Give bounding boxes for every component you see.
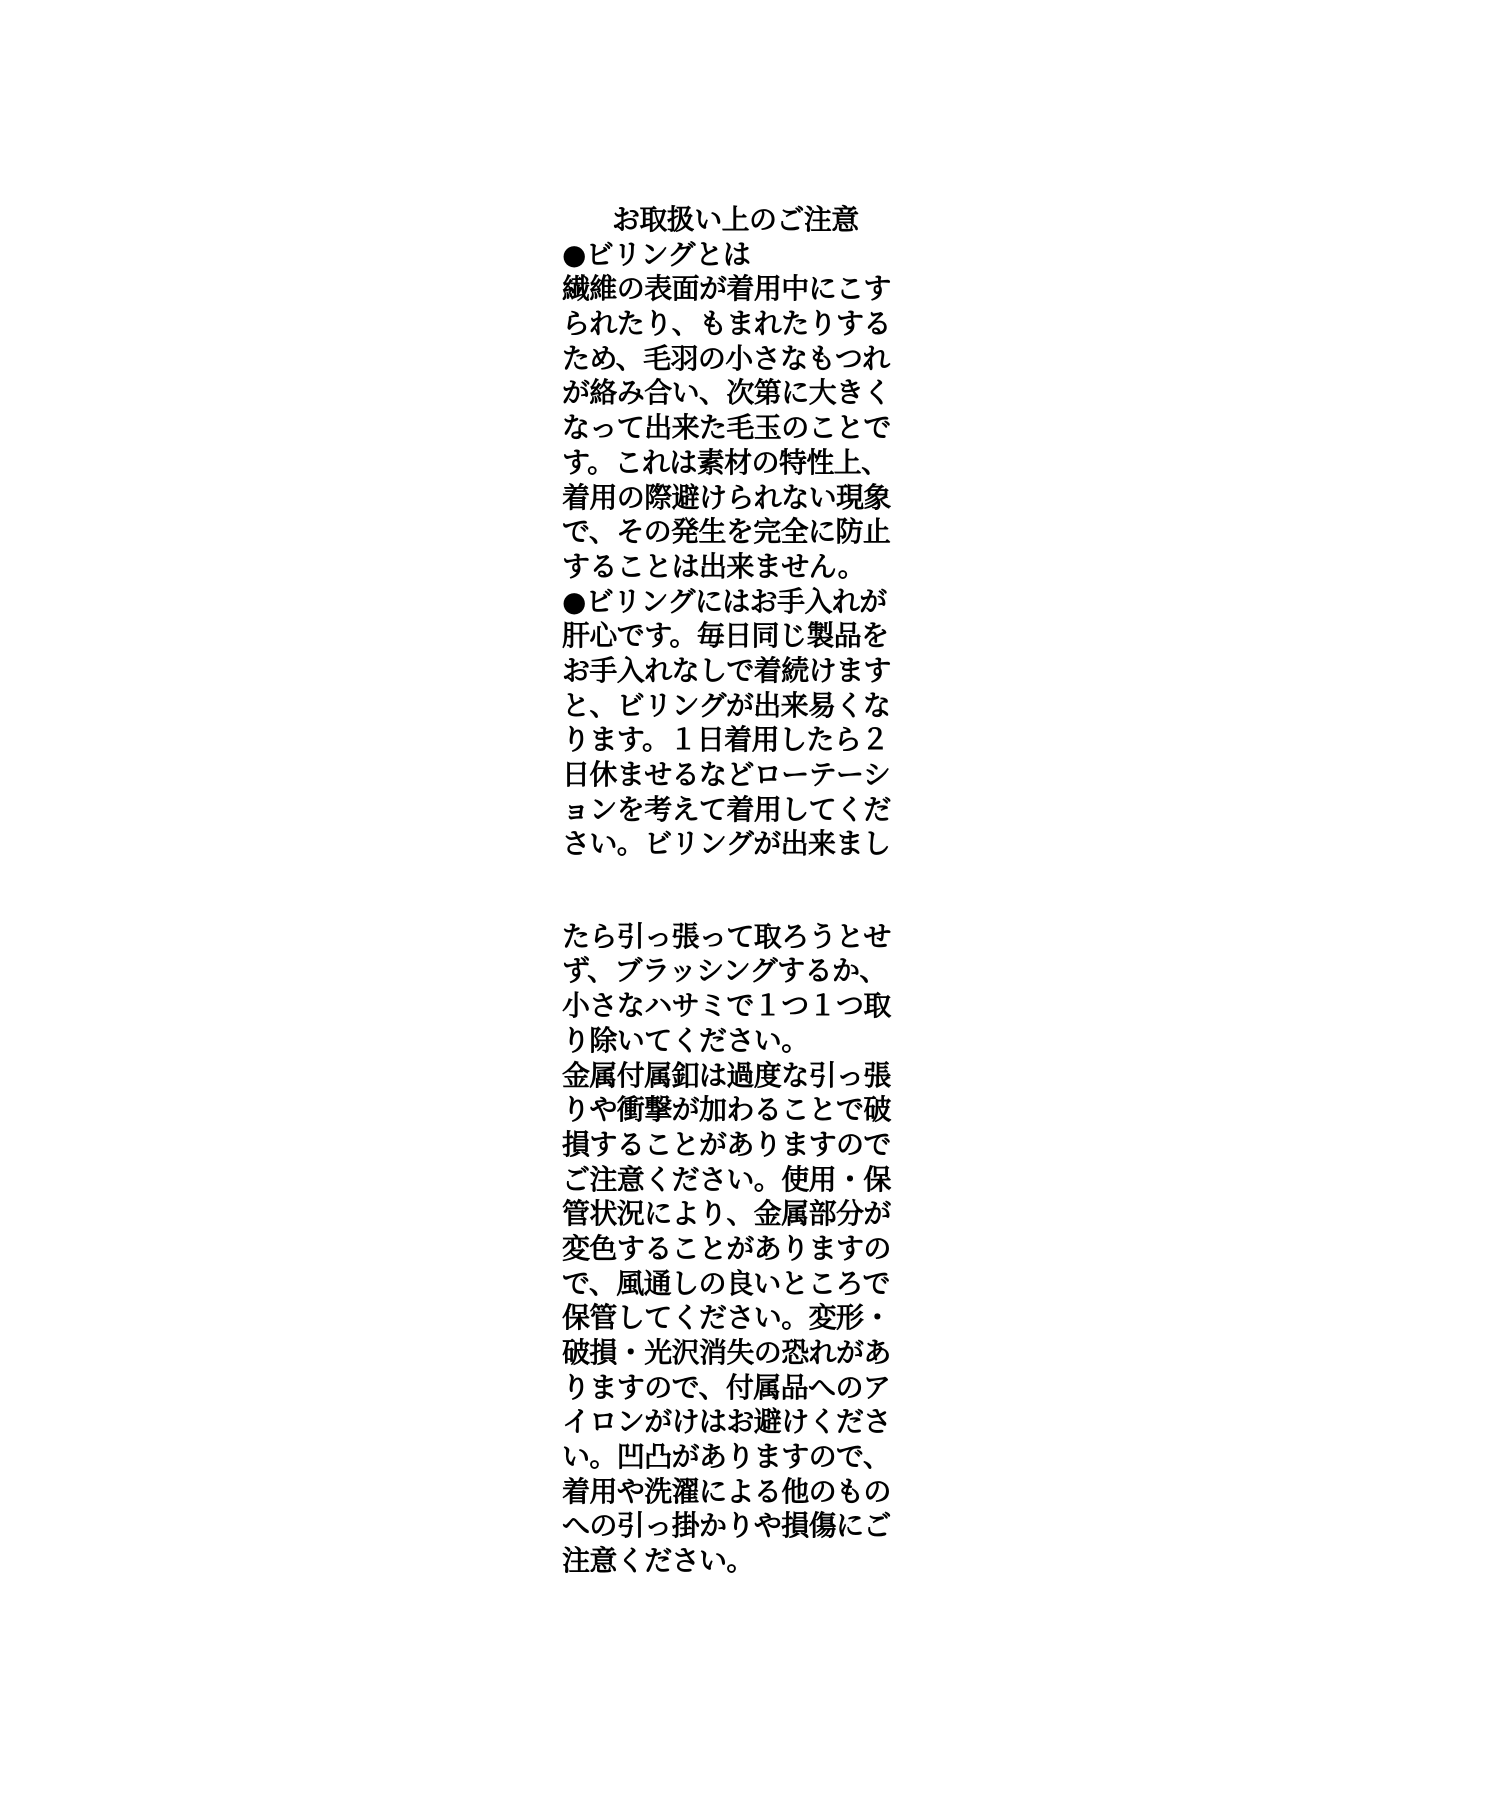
text-line: ●ビリングとは [562, 238, 932, 273]
text-line: 着用の際避けられない現象 [562, 481, 932, 516]
text-line: への引っ掛かりや損傷にご [562, 1509, 932, 1544]
text-line: 管状況により、金属部分が [562, 1197, 932, 1232]
text-line: することは出来ません。 [562, 550, 932, 585]
text-line: ず、ブラッシングするか、 [562, 954, 932, 989]
text-line: 繊維の表面が着用中にこす [562, 272, 932, 307]
text-line: ョンを考えて着用してくだ [562, 793, 932, 828]
text-line: りますので、付属品へのア [562, 1371, 932, 1406]
text-line: ります。１日着用したら２ [562, 723, 932, 758]
text-line: さい。ビリングが出来まし [562, 827, 932, 862]
text-line: ●ビリングにはお手入れが [562, 585, 932, 620]
document-title: お取扱い上のご注意 [562, 203, 932, 238]
text-line: 日休ませるなどローテーシ [562, 758, 932, 793]
text-line: りや衝撃が加わることで破 [562, 1093, 932, 1128]
pilling-section: ●ビリングとは 繊維の表面が着用中にこす られたり、もまれたりする ため、毛羽の… [562, 238, 932, 862]
section-gap [562, 862, 932, 920]
care-instructions-document: お取扱い上のご注意 ●ビリングとは 繊維の表面が着用中にこす られたり、もまれた… [562, 203, 932, 1579]
text-line: たら引っ張って取ろうとせ [562, 920, 932, 955]
text-line: で、風通しの良いところで [562, 1267, 932, 1302]
text-line: 肝心です。毎日同じ製品を [562, 619, 932, 654]
text-line: お手入れなしで着続けます [562, 654, 932, 689]
metal-button-section: たら引っ張って取ろうとせ ず、ブラッシングするか、 小さなハサミで１つ１つ取 り… [562, 920, 932, 1579]
text-line: す。これは素材の特性上、 [562, 446, 932, 481]
text-line: と、ビリングが出来易くな [562, 689, 932, 724]
text-line: ため、毛羽の小さなもつれ [562, 342, 932, 377]
text-line: 小さなハサミで１つ１つ取 [562, 989, 932, 1024]
text-line: なって出来た毛玉のことで [562, 411, 932, 446]
text-line: 破損・光沢消失の恐れがあ [562, 1336, 932, 1371]
text-line: 変色することがありますの [562, 1232, 932, 1267]
text-line: い。凹凸がありますので、 [562, 1440, 932, 1475]
text-line: で、その発生を完全に防止 [562, 515, 932, 550]
text-line: 注意ください。 [562, 1544, 932, 1579]
text-line: り除いてください。 [562, 1024, 932, 1059]
text-line: イロンがけはお避けくださ [562, 1405, 932, 1440]
text-line: 金属付属釦は過度な引っ張 [562, 1059, 932, 1094]
text-line: 保管してください。変形・ [562, 1301, 932, 1336]
text-line: が絡み合い、次第に大きく [562, 376, 932, 411]
text-line: 着用や洗濯による他のもの [562, 1475, 932, 1510]
text-line: られたり、もまれたりする [562, 307, 932, 342]
text-line: 損することがありますので [562, 1128, 932, 1163]
text-line: ご注意ください。使用・保 [562, 1163, 932, 1198]
